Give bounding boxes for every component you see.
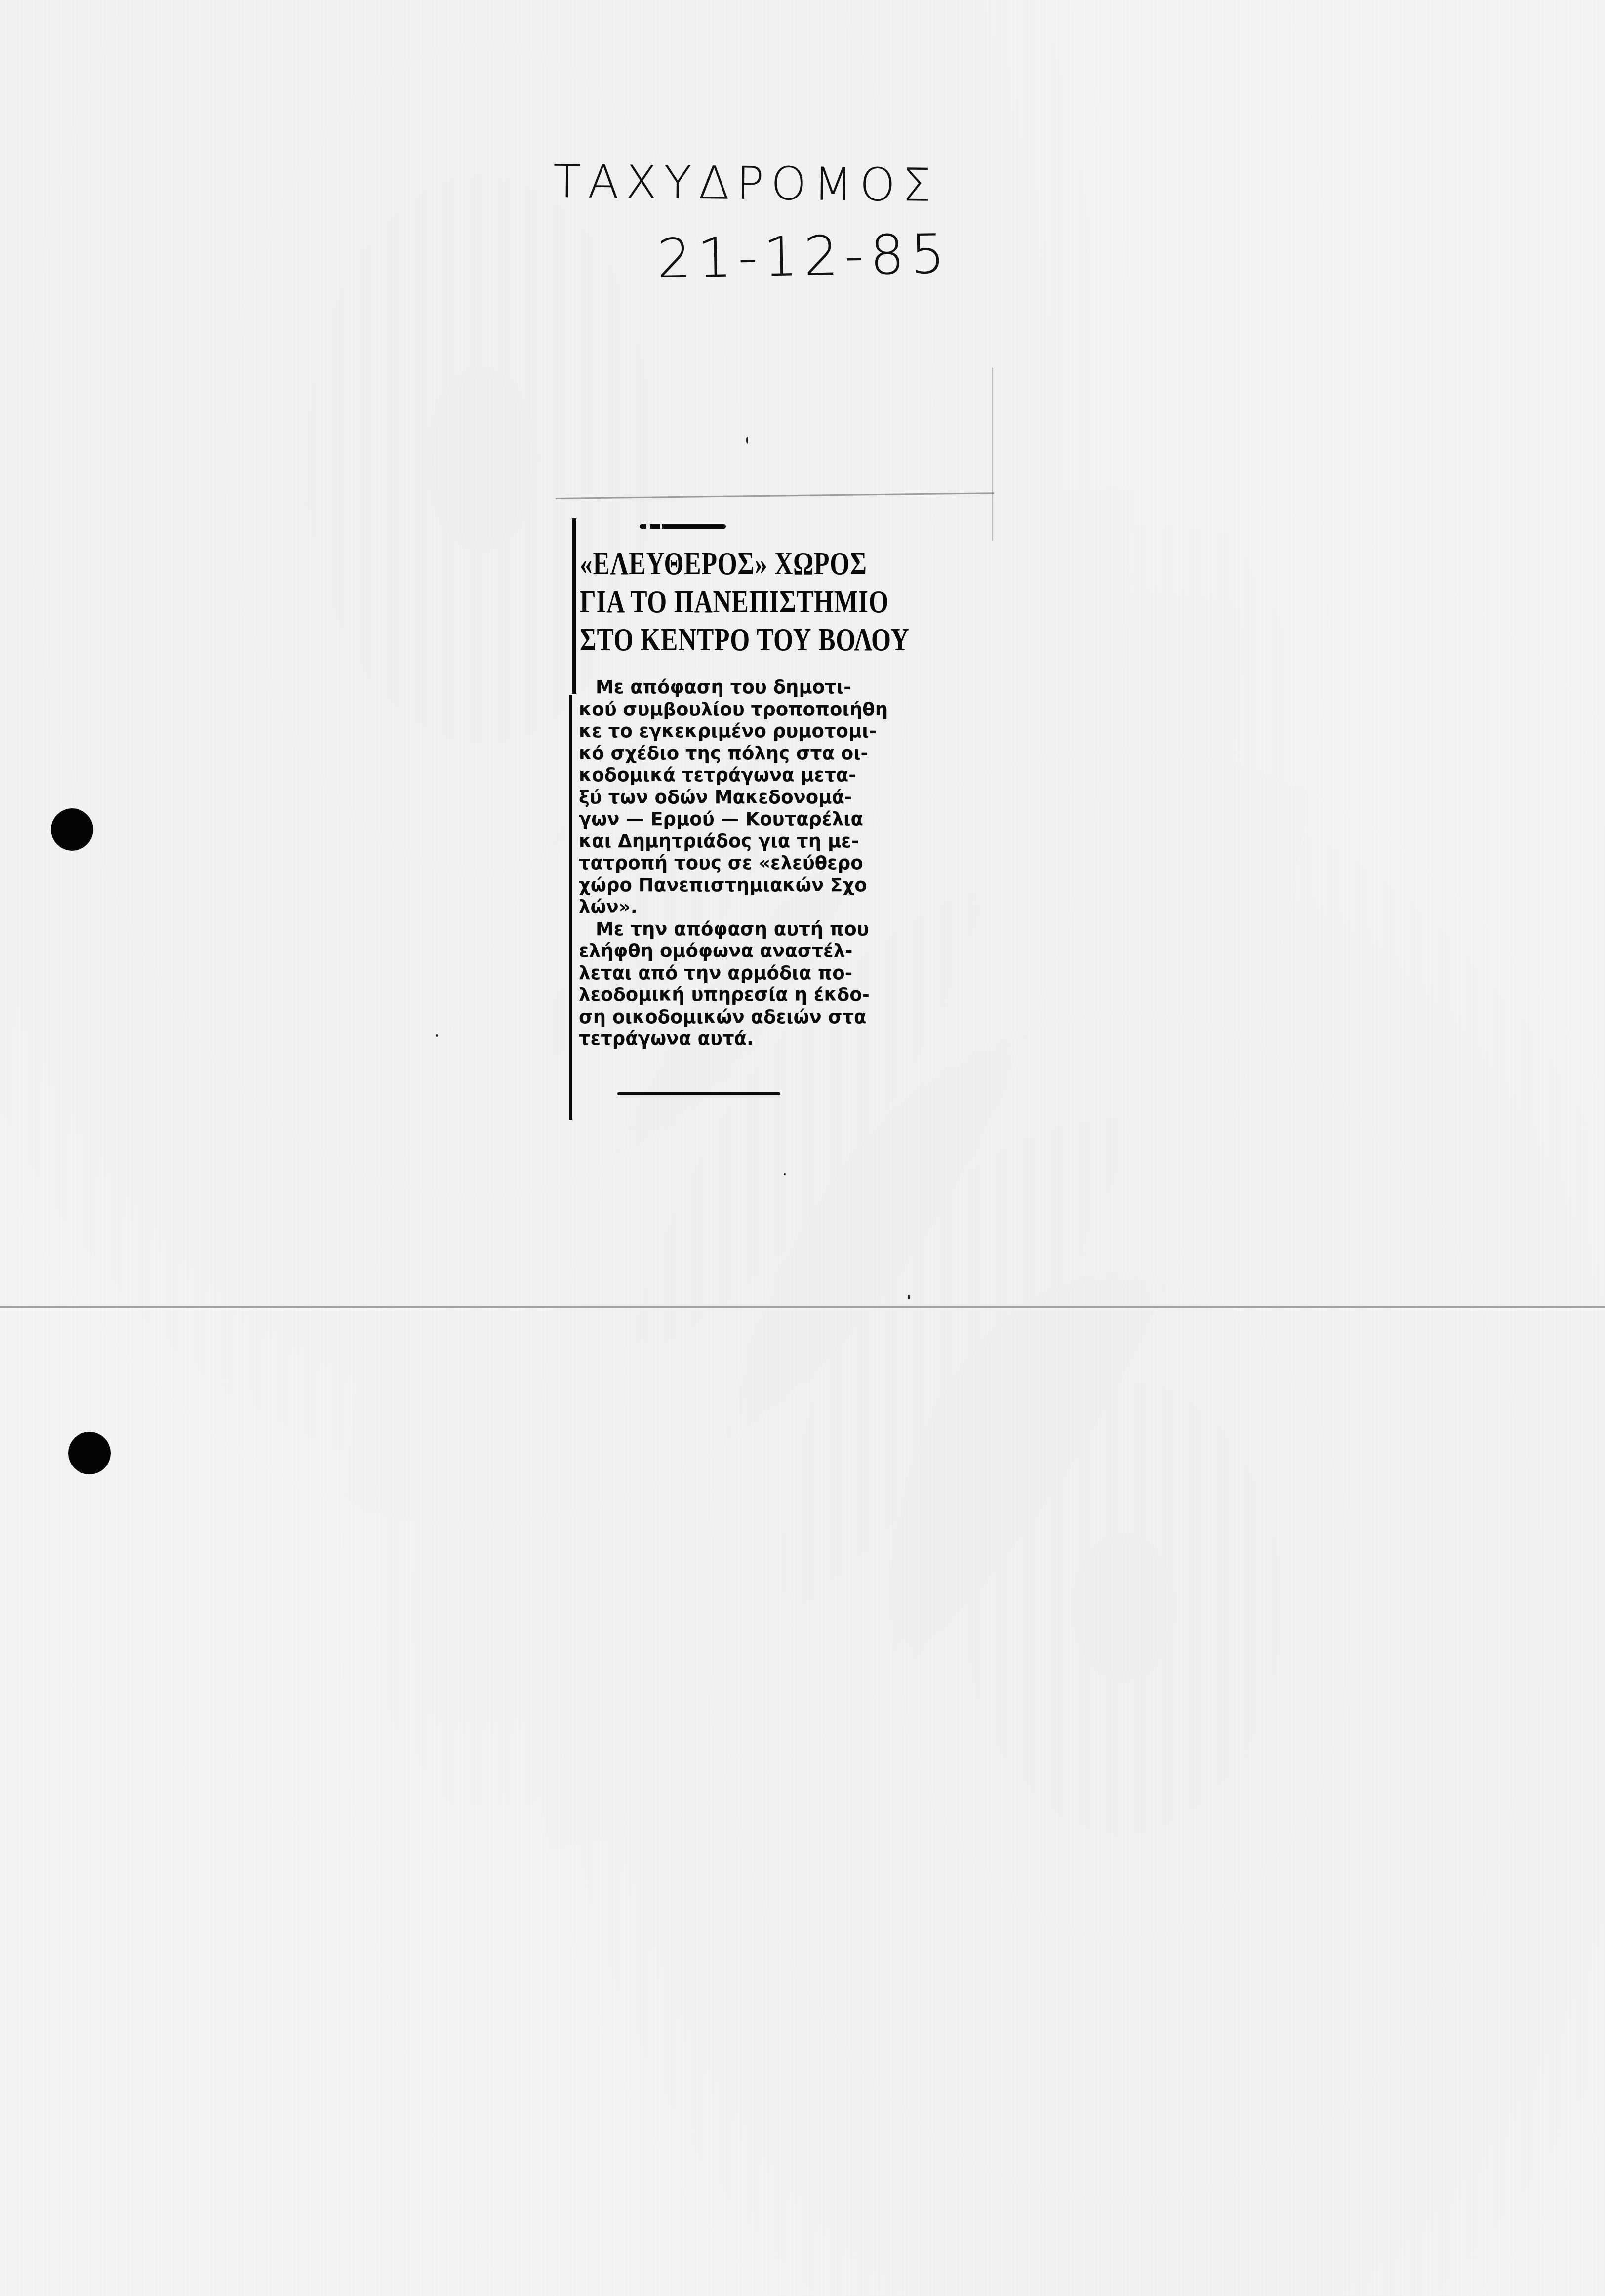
body-line: τατροπή τους σε «ελεύθερο [579, 852, 815, 874]
body-line: και Δημητριάδος για τη με- [579, 831, 815, 853]
headline-line: «ΕΛΕΥΘΕΡΟΣ» ΧΩΡΟΣ [580, 545, 873, 583]
paper-background [0, 0, 1605, 2296]
newspaper-clipping: «ΕΛΕΥΘΕΡΟΣ» ΧΩΡΟΣ ΓΙΑ ΤΟ ΠΑΝΕΠΙΣΤΗΜΙΟ ΣΤ… [563, 514, 958, 1106]
body-line: χώρο Πανεπιστημιακών Σχο [579, 874, 815, 897]
article-end-rule [617, 1092, 780, 1095]
headline-top-rule [640, 524, 726, 529]
column-rule [572, 518, 576, 694]
article-headline: «ΕΛΕΥΘΕΡΟΣ» ΧΩΡΟΣ ΓΙΑ ΤΟ ΠΑΝΕΠΙΣΤΗΜΙΟ ΣΤ… [580, 545, 873, 659]
column-rule [569, 695, 572, 1120]
page-fold-line [0, 1306, 1605, 1308]
headline-line: ΣΤΟ ΚΕΝΤΡΟ ΤΟΥ ΒΟΛΟΥ [580, 621, 873, 659]
article-body: Με απόφαση του δημοτι- κού συμβουλίου τρ… [579, 676, 815, 1050]
body-line: Με την απόφαση αυτή που [579, 918, 815, 941]
punch-hole-icon [51, 808, 93, 851]
body-line: κοδομικά τετράγωνα μετα- [579, 764, 815, 787]
punch-hole-icon [68, 1432, 111, 1474]
body-line: ξύ των οδών Μακεδονομά- [579, 787, 815, 809]
body-line: τετράγωνα αυτά. [579, 1028, 815, 1050]
dust-speck [908, 1295, 910, 1299]
body-line: λών». [579, 896, 815, 918]
body-line: κε το εγκεκριμένο ρυμοτομι- [579, 720, 815, 743]
body-line: γων — Ερμού — Κουταρέλια [579, 808, 815, 831]
body-line: λεοδομική υπηρεσία η έκδο- [579, 984, 815, 1006]
body-line: κού συμβουλίου τροποποιήθη [579, 699, 815, 721]
handwritten-date: 21-12-85 [656, 222, 951, 290]
headline-line: ΓΙΑ ΤΟ ΠΑΝΕΠΙΣΤΗΜΙΟ [580, 583, 873, 621]
clipping-edge-vertical [992, 368, 993, 541]
handwritten-newspaper-name: ΤΑΧΥΔΡΟΜΟΣ [553, 155, 938, 212]
dust-speck [784, 1173, 786, 1175]
body-line: ελήφθη ομόφωνα αναστέλ- [579, 940, 815, 962]
body-line: ση οικοδομικών αδειών στα [579, 1006, 815, 1029]
body-line: Με απόφαση του δημοτι- [579, 676, 815, 699]
dust-speck [436, 1034, 438, 1037]
dust-speck [746, 437, 748, 444]
body-line: κό σχέδιο της πόλης στα οι- [579, 743, 815, 765]
body-line: λεται από την αρμόδια πο- [579, 962, 815, 985]
